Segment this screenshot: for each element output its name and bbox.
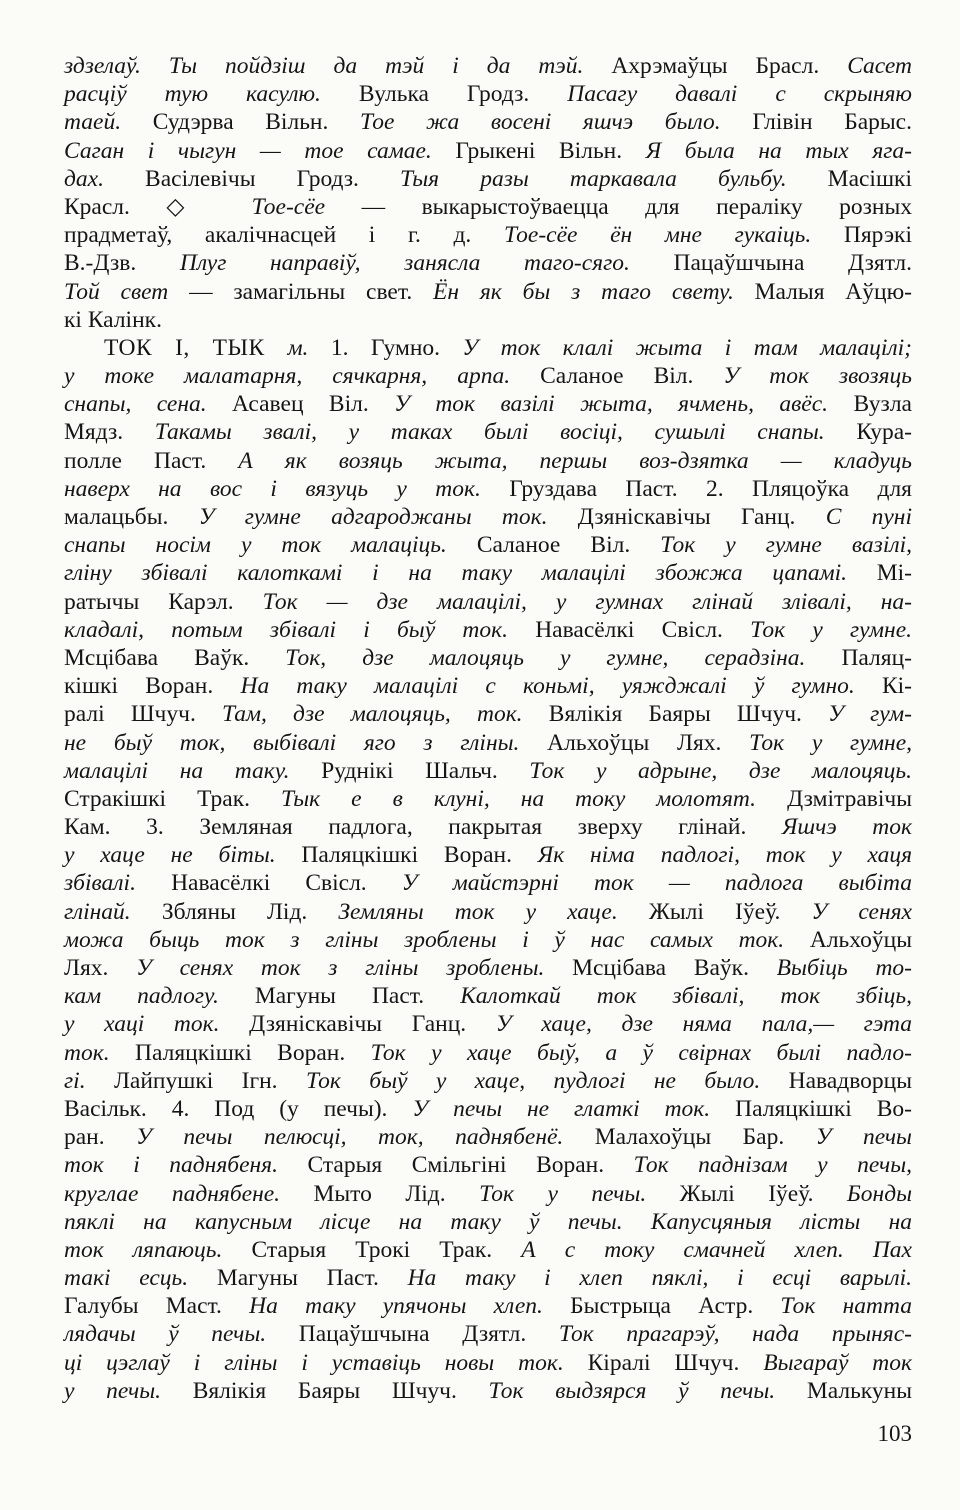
dialect-quote: Бонды: [847, 1181, 912, 1207]
body-text: Стракішкі Трак.: [64, 786, 281, 812]
dialect-quote: здзелаў. Ты пойдзіш да тэй і да тэй.: [64, 53, 611, 79]
text-line: ран. У печы пелюсці, ток, паднябенё. Мал…: [64, 1123, 912, 1151]
text-line: расціў тую касулю. Вулька Гродз. Пасагу …: [64, 80, 912, 108]
body-text: Вялікія Баяры Шчуч.: [549, 701, 828, 727]
text-line: Лях. У сенях ток з гліны зроблены. Мсціб…: [64, 954, 912, 982]
dialect-quote: ток.: [64, 1040, 135, 1066]
body-text: ралі Шчуч.: [64, 701, 222, 727]
dialect-quote: Ток у печы.: [479, 1181, 680, 1207]
text-line: у токе малатарня, сячкарня, арпа. Салано…: [64, 362, 912, 390]
text-line: збівалі. Навасёлкі Свісл. У майстэрні то…: [64, 869, 912, 897]
body-text: Старыя Трокі Трак.: [251, 1237, 521, 1263]
dialect-quote: снапы носім у ток малаціць.: [64, 532, 477, 558]
body-text: кішкі Воран.: [64, 673, 240, 699]
body-text: Галубы Маст.: [64, 1293, 249, 1319]
dialect-quote: Ток у гумне.: [750, 617, 912, 643]
body-text: Мсцібава Ваўк.: [572, 955, 777, 981]
dialect-quote: Ток у хаце быў, а ў свірнах былі падло-: [371, 1040, 912, 1066]
dialect-quote: На таку упячоны хлеп.: [249, 1293, 570, 1319]
body-text: Дзяніскавічы Ганц.: [578, 504, 826, 530]
dialect-quote: Ток быў у хаце, пудлогі не было.: [306, 1068, 789, 1094]
body-text: полле Паст.: [64, 448, 238, 474]
text-line: ралі Шчуч. Там, дзе малоцяць, ток. Вялік…: [64, 700, 912, 728]
body-text: Вулька Гродз.: [359, 81, 567, 107]
dialect-quote: Калоткай ток збівалі, ток збіць,: [460, 983, 912, 1009]
body-text: Пярэкі: [844, 222, 912, 248]
dialect-quote: наверх на вос і вязуць у ток.: [64, 476, 509, 502]
body-text: Навасёлкі Свісл.: [171, 870, 402, 896]
body-text: малацьбы.: [64, 504, 199, 530]
body-text: 1. Гумно.: [331, 335, 463, 361]
text-line: лядачы ў печы. Пацаўшчына Дзятл. Ток пра…: [64, 1320, 912, 1348]
body-text: Альхоўцы: [810, 927, 912, 953]
body-text: Дзмітравічы: [787, 786, 912, 812]
dialect-quote: Выгараў ток: [763, 1350, 912, 1376]
body-text: Мсцібава Ваўк.: [64, 645, 285, 671]
body-text: Асавец Віл.: [232, 391, 394, 417]
dialect-quote: С пуні: [826, 504, 912, 530]
dialect-quote: у печы.: [64, 1378, 193, 1404]
text-line: дах. Васілевічы Гродз. Тыя разы таркавал…: [64, 165, 912, 193]
text-line: кі Калінк.: [64, 306, 912, 334]
dialect-quote: Яшчэ ток: [782, 814, 912, 840]
dialect-quote: расціў тую касулю.: [64, 81, 359, 107]
dialect-quote: кладалі, потым збівалі і быў ток.: [64, 617, 535, 643]
body-text: Вузла: [853, 391, 912, 417]
body-text: Малыя Аўцю-: [755, 279, 912, 305]
dialect-quote: лядачы ў печы.: [64, 1321, 299, 1347]
body-text: Навасёлкі Свісл.: [535, 617, 750, 643]
body-text: Саланое Віл.: [540, 363, 723, 389]
dialect-quote: Ток, дзе малоцяць у гумне, серадзіна.: [285, 645, 841, 671]
dialect-quote: У сенях: [811, 899, 912, 925]
text-line: пяклі на капусным лісце на таку ў печы. …: [64, 1208, 912, 1236]
body-text: Пацаўшчына Дзятл.: [299, 1321, 559, 1347]
text-line: малацьбы. У гумне адгароджаны ток. Дзяні…: [64, 503, 912, 531]
dialect-quote: у хаце не біты.: [64, 842, 301, 868]
text-line: кам падлогу. Магуны Паст. Калоткай ток з…: [64, 982, 912, 1010]
dialect-quote: У ток вазілі жыта, ячмень, авёс.: [394, 391, 853, 417]
dialect-quote: Тое-сёе ён мне гукаіць.: [504, 222, 844, 248]
dialect-quote: У майстэрні ток — падлога выбіта: [402, 870, 912, 896]
body-text: кі Калінк.: [64, 307, 162, 333]
dialect-quote: А с току смачней хлеп. Пах: [521, 1237, 912, 1263]
dialect-quote: Тое-сёе: [252, 194, 362, 220]
dialect-quote: ток і паднябеня.: [64, 1152, 308, 1178]
dialect-quote: ці цэглаў і гліны і уставіць новы ток.: [64, 1350, 588, 1376]
body-text: Лях.: [64, 955, 136, 981]
dialect-quote: дах.: [64, 166, 145, 192]
text-line: Галубы Маст. На таку упячоны хлеп. Быстр…: [64, 1292, 912, 1320]
text-line: ТОК I, ТЫК м. 1. Гумно. У ток клалі жыта…: [64, 334, 912, 362]
dialect-quote: м.: [288, 335, 331, 361]
dialect-quote: Ток прагарэў, нада прыняс-: [559, 1321, 912, 1347]
dialect-quote: Ток у гумне вазілі,: [660, 532, 912, 558]
text-line: гліну збівалі калоткамі і на таку малаці…: [64, 559, 912, 587]
text-line: можа быць ток з гліны зроблены і ў нас с…: [64, 926, 912, 954]
body-text: Васільк. 4. Под (у печы).: [64, 1096, 412, 1122]
dialect-quote: снапы, сена.: [64, 391, 232, 417]
text-line: глінай. Збляны Лід. Земляны ток у хаце. …: [64, 898, 912, 926]
dialect-quote: такі есць.: [64, 1265, 217, 1291]
dialect-quote: Там, дзе малоцяць, ток.: [222, 701, 549, 727]
text-line: не быў ток, выбівалі яго з гліны. Альхоў…: [64, 729, 912, 757]
text-line: В.-Дзв. Плуг направіў, занясла таго-сяго…: [64, 249, 912, 277]
text-line: снапы носім у ток малаціць. Саланое Віл.…: [64, 531, 912, 559]
dialect-quote: У гумне адгароджаны ток.: [199, 504, 578, 530]
dialect-quote: У гум-: [828, 701, 912, 727]
dialect-quote: Пасагу давалі с скрыняю: [567, 81, 912, 107]
text-line: круглае паднябене. Мыто Лід. Ток у печы.…: [64, 1180, 912, 1208]
body-text: прадметаў, акалічнасцей і г. д.: [64, 222, 504, 248]
dialect-quote: У печы не глаткі ток.: [412, 1096, 735, 1122]
dialect-quote: Саган і чыгун — тое самае.: [64, 138, 455, 164]
body-text: Кура-: [856, 419, 912, 445]
text-line: у печы. Вялікія Баяры Шчуч. Ток выдзярся…: [64, 1377, 912, 1405]
body-text: Паляц-: [841, 645, 912, 671]
body-text: Грыкені Вільн.: [455, 138, 645, 164]
body-text: Навадворцы: [789, 1068, 912, 1094]
body-text: Старыя Смільгіні Воран.: [308, 1152, 634, 1178]
body-text: Магуны Паст.: [255, 983, 460, 1009]
text-line: полле Паст. А як возяць жыта, першы воз-…: [64, 447, 912, 475]
dialect-quote: Ён як бы з таго свету.: [433, 279, 755, 305]
body-text: Кі-: [882, 673, 912, 699]
body-text: В.-Дзв.: [64, 250, 180, 276]
dialect-quote: На таку і хлеп пяклі, і есці варылі.: [408, 1265, 912, 1291]
dialect-quote: У хаце, дзе няма пала,— гэта: [496, 1011, 912, 1037]
text-line: ток. Паляцкішкі Воран. Ток у хаце быў, а…: [64, 1039, 912, 1067]
body-text: Глівін Барыс.: [752, 109, 912, 135]
dialect-quote: гі.: [64, 1068, 114, 1094]
body-text: Малькуны: [807, 1378, 912, 1404]
body-text: Лайпушкі Ігн.: [114, 1068, 306, 1094]
body-text: — выкарыстоўваецца для пераліку розных: [362, 194, 912, 220]
dialect-quote: Ток выдзярся ў печы.: [489, 1378, 807, 1404]
body-text: Жылі Іўеў.: [649, 899, 812, 925]
dialect-quote: Ток — дзе малацілі, у гумнах глінай злів…: [263, 589, 912, 615]
dialect-quote: таей.: [64, 109, 153, 135]
text-line: ток ляпаюць. Старыя Трокі Трак. А с току…: [64, 1236, 912, 1264]
text-block: здзелаў. Ты пойдзіш да тэй і да тэй. Ахр…: [64, 52, 912, 1405]
body-text: Малахоўцы Бар.: [595, 1124, 816, 1150]
dialect-quote: у хаці ток.: [64, 1011, 249, 1037]
text-line: у хаце не біты. Паляцкішкі Воран. Як нім…: [64, 841, 912, 869]
text-line: ратычы Карэл. Ток — дзе малацілі, у гумн…: [64, 588, 912, 616]
text-line: кладалі, потым збівалі і быў ток. Навасё…: [64, 616, 912, 644]
dialect-quote: Той свет: [64, 279, 189, 305]
dialect-quote: У печы пелюсці, ток, паднябенё.: [136, 1124, 595, 1150]
body-text: Красл. ◇: [64, 194, 252, 220]
dialect-quote: Ток натта: [780, 1293, 912, 1319]
dialect-quote: ток ляпаюць.: [64, 1237, 251, 1263]
body-text: Паляцкішкі Во-: [735, 1096, 912, 1122]
dialect-quote: пяклі на капусным лісце на таку ў печы. …: [64, 1209, 912, 1235]
dialect-quote: Выбіць то-: [777, 955, 912, 981]
dialect-quote: можа быць ток з гліны зроблены і ў нас с…: [64, 927, 810, 953]
dialect-quote: збівалі.: [64, 870, 171, 896]
body-text: Паляцкішкі Воран.: [301, 842, 537, 868]
text-line: гі. Лайпушкі Ігн. Ток быў у хаце, пудлог…: [64, 1067, 912, 1095]
text-line: Мядз. Такамы звалі, у таках былі восіці,…: [64, 418, 912, 446]
dictionary-page: здзелаў. Ты пойдзіш да тэй і да тэй. Ахр…: [0, 0, 960, 1510]
dialect-quote: не быў ток, выбівалі яго з гліны.: [64, 730, 547, 756]
text-line: таей. Судэрва Вільн. Тое жа восені яшчэ …: [64, 108, 912, 136]
body-text: Вялікія Баяры Шчуч.: [193, 1378, 489, 1404]
body-text: Паляцкішкі Воран.: [135, 1040, 371, 1066]
body-text: Судэрва Вільн.: [153, 109, 360, 135]
dialect-quote: У ток звозяць: [723, 363, 912, 389]
body-text: Альхоўцы Лях.: [547, 730, 749, 756]
dialect-quote: глінай.: [64, 899, 162, 925]
text-line: кішкі Воран. На таку малацілі с коньмі, …: [64, 672, 912, 700]
text-line: такі есць. Магуны Паст. На таку і хлеп п…: [64, 1264, 912, 1292]
dialect-quote: Тык е в клуні, на току молотят.: [281, 786, 787, 812]
text-line: Саган і чыгун — тое самае. Грыкені Вільн…: [64, 137, 912, 165]
text-line: здзелаў. Ты пойдзіш да тэй і да тэй. Ахр…: [64, 52, 912, 80]
body-text: Пацаўшчына Дзятл.: [674, 250, 912, 276]
body-text: Магуны Паст.: [217, 1265, 408, 1291]
text-line: Васільк. 4. Под (у печы). У печы не глат…: [64, 1095, 912, 1123]
body-text: Масішкі: [828, 166, 912, 192]
dialect-quote: кам падлогу.: [64, 983, 255, 1009]
dialect-quote: Плуг направіў, занясла таго-сяго.: [180, 250, 674, 276]
body-text: Кам. 3. Земляная падлога, пакрытая зверх…: [64, 814, 782, 840]
body-text: Дзяніскавічы Ганц.: [249, 1011, 496, 1037]
text-line: Красл. ◇ Тое-сёе — выкарыстоўваецца для …: [64, 193, 912, 221]
body-text: Жылі Іўеў.: [680, 1181, 847, 1207]
text-line: снапы, сена. Асавец Віл. У ток вазілі жы…: [64, 390, 912, 418]
body-text: Мыто Лід.: [314, 1181, 480, 1207]
text-line: прадметаў, акалічнасцей і г. д. Тое-сёе …: [64, 221, 912, 249]
text-line: ток і паднябеня. Старыя Смільгіні Воран.…: [64, 1151, 912, 1179]
dialect-quote: Ток паднізам у печы,: [634, 1152, 912, 1178]
body-text: ран.: [64, 1124, 136, 1150]
body-text: — замагільны свет.: [189, 279, 433, 305]
text-line: Мсцібава Ваўк. Ток, дзе малоцяць у гумне…: [64, 644, 912, 672]
dialect-quote: гліну збівалі калоткамі і на таку малаці…: [64, 560, 877, 586]
dialect-quote: Земляны ток у хаце.: [338, 899, 648, 925]
dialect-quote: малацілі на таку.: [64, 758, 321, 784]
text-line: ці цэглаў і гліны і уставіць новы ток. К…: [64, 1349, 912, 1377]
dialect-quote: На таку малацілі с коньмі, уяжджалі ў гу…: [240, 673, 882, 699]
dialect-quote: У ток клалі жыта і там малацілі;: [462, 335, 912, 361]
dialect-quote: Я была на тых яга-: [646, 138, 912, 164]
body-text: Быстрыца Астр.: [570, 1293, 780, 1319]
dialect-quote: У печы: [816, 1124, 912, 1150]
dialect-quote: У сенях ток з гліны зроблены.: [136, 955, 572, 981]
page-number: 103: [64, 1420, 912, 1448]
headword: ТОК I, ТЫК: [104, 335, 288, 361]
text-line: наверх на вос і вязуць у ток. Груздава П…: [64, 475, 912, 503]
body-text: Мядз.: [64, 419, 155, 445]
body-text: Ахрэмаўцы Брасл.: [611, 53, 847, 79]
dialect-quote: Такамы звалі, у таках былі восіці, сушыл…: [155, 419, 857, 445]
dialect-quote: круглае паднябене.: [64, 1181, 314, 1207]
body-text: Руднікі Шальч.: [321, 758, 529, 784]
body-text: Саланое Віл.: [477, 532, 660, 558]
dialect-quote: Ток у гумне,: [749, 730, 912, 756]
body-text: Груздава Паст. 2. Пляцоўка для: [509, 476, 912, 502]
dialect-quote: Тыя разы таркавала бульбу.: [400, 166, 828, 192]
dialect-quote: Ток у адрыне, дзе малоцяць.: [529, 758, 912, 784]
text-line: малацілі на таку. Руднікі Шальч. Ток у а…: [64, 757, 912, 785]
dialect-quote: Тое жа восені яшчэ было.: [360, 109, 752, 135]
dialect-quote: Як німа падлогі, ток у хаця: [538, 842, 912, 868]
body-text: Кіралі Шчуч.: [588, 1350, 764, 1376]
text-line: Стракішкі Трак. Тык е в клуні, на току м…: [64, 785, 912, 813]
dialect-quote: у токе малатарня, сячкарня, арпа.: [64, 363, 540, 389]
body-text: ратычы Карэл.: [64, 589, 263, 615]
body-text: Мі-: [877, 560, 912, 586]
text-line: Кам. 3. Земляная падлога, пакрытая зверх…: [64, 813, 912, 841]
body-text: Збляны Лід.: [162, 899, 339, 925]
body-text: Васілевічы Гродз.: [145, 166, 400, 192]
dialect-quote: Сасет: [847, 53, 912, 79]
dialect-quote: А як возяць жыта, першы воз-дзятка — кла…: [238, 448, 912, 474]
text-line: у хаці ток. Дзяніскавічы Ганц. У хаце, д…: [64, 1010, 912, 1038]
text-line: Той свет — замагільны свет. Ён як бы з т…: [64, 278, 912, 306]
